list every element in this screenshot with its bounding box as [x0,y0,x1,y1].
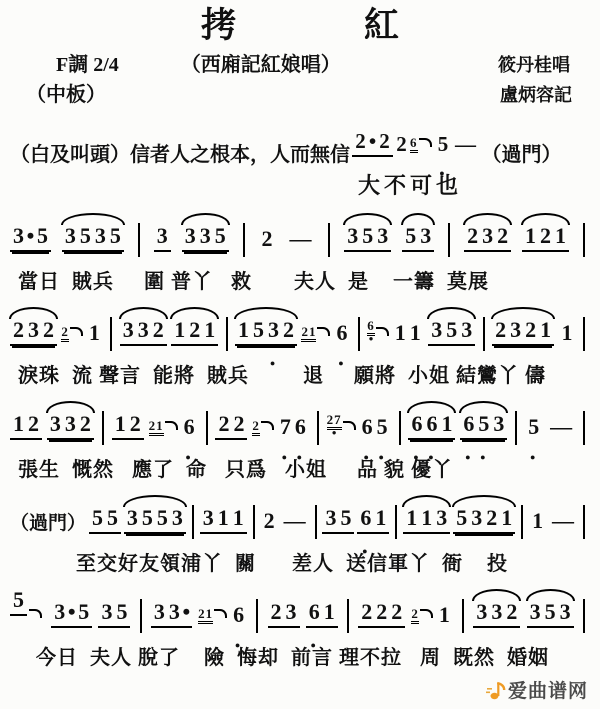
passage-label: （過門） [10,508,86,535]
barline [243,223,245,257]
barline [483,317,485,351]
music-note-icon [486,679,506,701]
slur-arc [463,213,512,225]
barline [315,505,317,539]
tie-mark [214,609,227,618]
note-cell: 1532 ● [235,305,297,356]
note-cell: 27●65●● [327,402,391,450]
note-cell: 121 [522,211,569,262]
slur-arc [459,401,508,413]
tie-mark [420,609,433,618]
grace-note: 6 [410,136,418,153]
slur-arc [521,213,570,225]
note-cell: 35 [98,587,130,638]
transcriber-credit: 盧炳容記 [500,81,572,107]
note-cell: 65● [410,120,452,167]
note-cell: — [547,402,575,450]
note-cell: 353 [344,211,391,262]
tie-mark [165,421,178,430]
tie-mark [261,421,274,430]
barline [253,505,255,539]
tie-mark [70,327,83,336]
tie-mark [317,327,330,336]
note-cell: 332 [47,399,94,450]
note-cell: 276●● [252,402,309,450]
slur-arc [402,495,451,507]
note-cell: 113 [403,493,450,544]
meta-row-2: （中板） 盧炳容記 [10,78,590,107]
tie-mark [29,609,42,618]
slur-arc [61,213,125,225]
slur-arc [123,495,187,507]
notation-row: 5 3•5 35 33• 216●23 61● 222 21 332 353 [10,587,590,638]
barline [462,599,464,633]
note-cell: 12 [10,399,42,450]
grace-note: 2 [252,419,260,436]
note-cell: 53 [402,211,434,262]
note-cell: — [452,120,480,167]
note-cell: 5● [525,402,542,450]
note-cell: 332 [473,587,520,638]
slur-arc [9,307,58,319]
music-line: 12 332 12 216●22 276●●27●65●●661●● 653●●… [10,399,590,482]
barline [521,505,523,539]
note-cell: 653●● [460,399,507,450]
note-cell: 12 [112,399,144,450]
slur-arc [427,307,476,319]
slur-arc [452,495,516,507]
note-cell: 3•5 [10,211,51,262]
slur-arc [119,307,168,319]
note-cell: 23 [268,587,300,638]
barline [102,411,104,445]
note-cell: 216● [301,308,350,356]
slur-arc [234,307,298,319]
barline [583,317,585,351]
note-cell: 353 [428,305,475,356]
barline [358,317,360,351]
slur-arc [170,307,219,319]
note-cell: 2321 [492,305,554,356]
barline [583,505,585,539]
note-cell: 35 [322,493,354,544]
note-cell: 2 [259,214,276,262]
note-cell: 232 [10,305,57,356]
note-cell: 3535 [62,211,124,262]
note-cell: 5 [10,575,45,626]
note-cell: 232 [464,211,511,262]
title-char-left: 拷 [201,6,236,46]
slur-arc [407,401,456,413]
notation-row: 3•5 3535 3 335 2 — 353 53 232 121 [10,211,590,262]
barline [226,317,228,351]
passage-label: （過門） [482,138,562,167]
note-cell: 222 [358,587,405,638]
note-cell: — [286,214,314,262]
grace-note: 21 [301,325,316,342]
note-cell: 661●● [408,399,455,450]
music-line: 5 3•5 35 33• 216●23 61● 222 21 332 353 今… [10,587,590,670]
slur-arc [343,213,392,225]
note-cell: 216● [149,402,198,450]
meta-row: F調 2/4 （西廂記紅娘唱） 筱丹桂唱 [10,48,590,77]
title-char-right: 紅 [364,6,399,46]
grace-note: 21 [149,419,164,436]
key-signature: F調 2/4 [56,48,119,77]
note-cell: 61● [306,587,338,638]
barline [192,505,194,539]
tie-mark [419,138,432,147]
note-cell: 1 [558,308,575,356]
singer-credit: 筱丹桂唱 [498,51,570,77]
note-cell: 311 [200,493,247,544]
barline [140,599,142,633]
note-cell: 332 [120,305,167,356]
notation-row: 12 332 12 216●22 276●●27●65●●661●● 653●●… [10,399,590,450]
tie-mark [343,421,356,430]
watermark: 爱曲谱网 [486,676,588,703]
music-line: 232 21 332 121 1532 ● 216●6●11 353 2321 … [10,305,590,388]
barline [395,505,397,539]
note-cell: 2•2 [352,117,393,167]
spoken-intro-line: （白及叫頭）信者人之根本，人而無信 2•2 2 65●— （過門） [10,117,590,167]
grace-note: 27● [327,413,342,436]
note-cell: 216● [198,590,247,638]
slur-arc [472,589,521,601]
music-lines: 3•5 3535 3 335 2 — 353 53 232 121 當日 賊兵 … [10,211,590,670]
barline [448,223,450,257]
note-cell: 3 [154,211,171,262]
note-cell: 2 [261,496,278,544]
tempo-marking: （中板） [26,78,106,107]
barline [328,223,330,257]
grace-note: 2 [61,325,69,342]
barline [583,223,585,257]
notation-row: （過門）55 3553 311 2 — 35 61● 113 5321 1 — [10,493,590,544]
slur-arc [491,307,555,319]
grace-note: 21 [198,607,213,624]
note-cell: 2 [393,120,410,167]
spoken-text: （白及叫頭）信者人之根本，人而無信 [10,138,350,167]
note-cell: 353 [527,587,574,638]
music-line: 3•5 3535 3 335 2 — 353 53 232 121 當日 賊兵 … [10,211,590,294]
note-cell: 55 [89,493,121,544]
slur-arc [46,401,95,413]
barline [110,317,112,351]
barline [347,599,349,633]
note-cell: 3553 [124,493,186,544]
barline [256,599,258,633]
barline [399,411,401,445]
note-cell: 335 [182,211,229,262]
note-cell: 22 [215,399,247,450]
barline [138,223,140,257]
sheet-music-page: 拷 紅 F調 2/4 （西廂記紅娘唱） 筱丹桂唱 （中板） 盧炳容記 （白及叫頭… [0,0,600,709]
page-title: 拷 紅 [10,6,590,46]
barline [317,411,319,445]
note-cell: 21 [61,308,103,356]
notation-row: 232 21 332 121 1532 ● 216●6●11 353 2321 … [10,305,590,356]
barline [515,411,517,445]
note-cell: 3•5 [51,587,92,638]
note-cell: — [281,496,309,544]
barline [583,599,585,633]
barline [206,411,208,445]
note-cell: 61● [357,493,389,544]
barline [583,411,585,445]
grace-note: 2 [411,607,419,624]
note-cell: 6●11 [367,308,424,356]
tie-mark [376,327,389,336]
note-cell: 121 [171,305,218,356]
slur-arc [401,213,435,225]
slur-arc [181,213,230,225]
intro-notes: 2•2 2 65●— [352,117,480,167]
grace-note: 6● [367,319,375,342]
note-cell: 33• [151,587,192,638]
slur-arc [526,589,575,601]
note-cell: 21 [411,590,453,638]
note-cell: 5321 [453,493,515,544]
note-cell: — [549,496,577,544]
watermark-text: 爱曲谱网 [508,676,588,703]
subtitle: （西廂記紅娘唱） [181,48,341,77]
note-cell: 1 [529,496,546,544]
music-line: （過門）55 3553 311 2 — 35 61● 113 5321 1 — … [10,493,590,576]
